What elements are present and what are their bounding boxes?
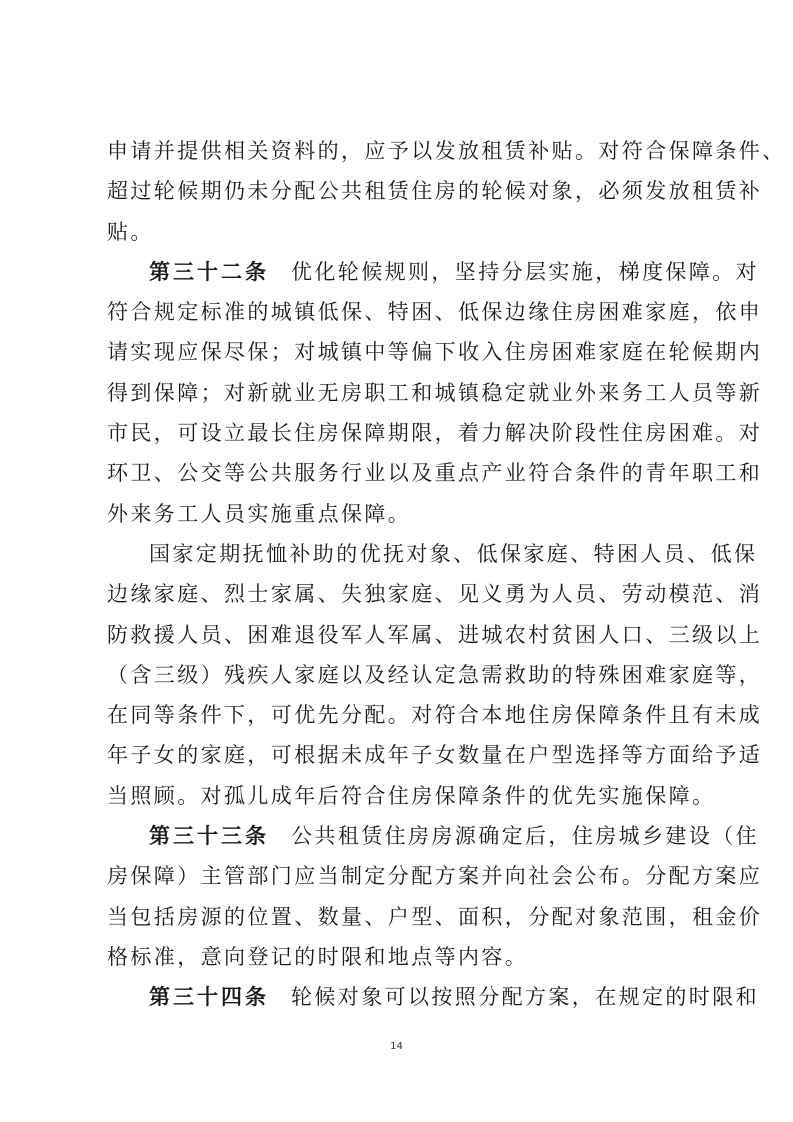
- text-line: 外来务工人员实施重点保障。: [107, 494, 695, 534]
- article-number: 第三十三条: [149, 823, 269, 848]
- text-line: 市民，可设立最长住房保障期限，着力解决阶段性住房困难。对: [107, 413, 695, 453]
- text-line: 格标准，意向登记的时限和地点等内容。: [107, 937, 695, 977]
- article-text: 轮候对象可以按照分配方案，在规定的时限和: [291, 985, 759, 1009]
- text-line: 请实现应保尽保；对城镇中等偏下收入住房困难家庭在轮候期内: [107, 332, 695, 372]
- text-line: 申请并提供相关资料的，应予以发放租赁补贴。对符合保障条件、: [107, 131, 695, 171]
- text-line: 当包括房源的位置、数量、户型、面积，分配对象范围，租金价: [107, 897, 695, 937]
- text-line: 防救援人员、困难退役军人军属、进城农村贫困人口、三级以上: [107, 615, 695, 655]
- text-line: 年子女的家庭，可根据未成年子女数量在户型选择等方面给予适: [107, 735, 695, 775]
- text-line: 在同等条件下，可优先分配。对符合本地住房保障条件且有未成: [107, 695, 695, 735]
- document-body: 申请并提供相关资料的，应予以发放租赁补贴。对符合保障条件、 超过轮候期仍未分配公…: [107, 131, 695, 1018]
- article-text: 优化轮候规则，坚持分层实施，梯度保障。对: [291, 260, 759, 284]
- text-line: 超过轮候期仍未分配公共租赁住房的轮候对象，必须发放租赁补: [107, 171, 695, 211]
- article-33-heading-line: 第三十三条公共租赁住房房源确定后，住房城乡建设（住: [107, 816, 695, 856]
- article-number: 第三十二条: [149, 259, 269, 284]
- article-text: 公共租赁住房房源确定后，住房城乡建设（住: [291, 824, 759, 848]
- article-32-heading-line: 第三十二条优化轮候规则，坚持分层实施，梯度保障。对: [107, 252, 695, 292]
- article-34-heading-line: 第三十四条轮候对象可以按照分配方案，在规定的时限和: [107, 977, 695, 1017]
- text-line: 当照顾。对孤儿成年后符合住房保障条件的优先实施保障。: [107, 776, 695, 816]
- text-line: 环卫、公交等公共服务行业以及重点产业符合条件的青年职工和: [107, 453, 695, 493]
- text-line: 得到保障；对新就业无房职工和城镇稳定就业外来务工人员等新: [107, 373, 695, 413]
- text-line: 边缘家庭、烈士家属、失独家庭、见义勇为人员、劳动模范、消: [107, 574, 695, 614]
- article-number: 第三十四条: [149, 984, 269, 1009]
- text-line: 房保障）主管部门应当制定分配方案并向社会公布。分配方案应: [107, 856, 695, 896]
- text-line: （含三级）残疾人家庭以及经认定急需救助的特殊困难家庭等，: [107, 655, 695, 695]
- paragraph-start-line: 国家定期抚恤补助的优抚对象、低保家庭、特困人员、低保: [107, 534, 695, 574]
- text-line: 贴。: [107, 212, 695, 252]
- text-line: 符合规定标准的城镇低保、特困、低保边缘住房困难家庭，依申: [107, 292, 695, 332]
- page-number: 14: [0, 1041, 793, 1052]
